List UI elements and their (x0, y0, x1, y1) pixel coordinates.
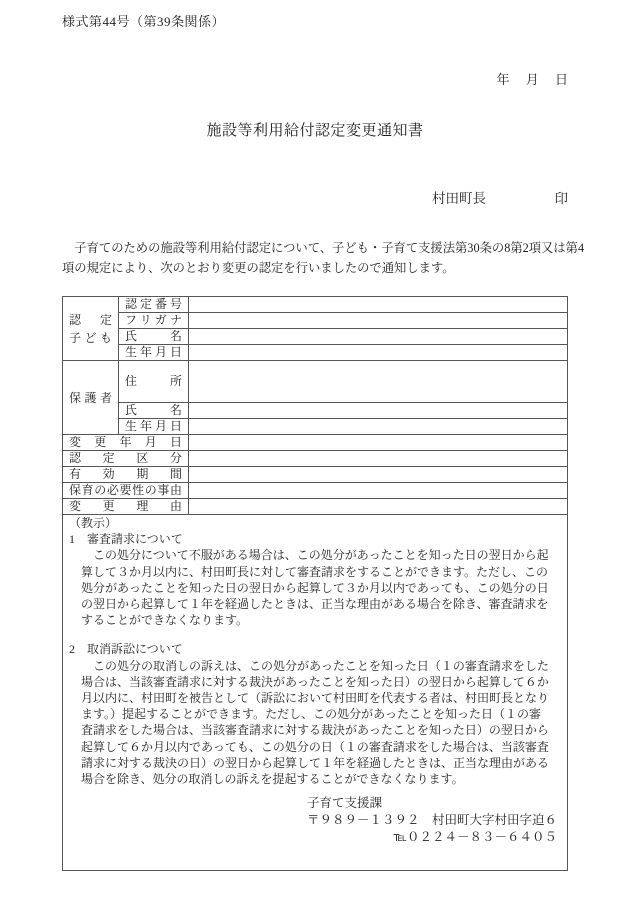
contact-department: 子育て支援課 (307, 795, 557, 812)
label-change-date: 変更年月日 (63, 435, 189, 451)
page: { "header": { "form_number": "様式第44号（第39… (0, 0, 630, 903)
table-row: 保護者 住所 (63, 361, 568, 403)
label-change-reason: 変更理由 (63, 499, 189, 515)
value-certification-category (189, 451, 568, 467)
label-name-child: 氏名 (119, 329, 189, 345)
form-number: 様式第44号（第39条関係） (62, 15, 568, 29)
label-address-guardian: 住所 (119, 361, 189, 403)
label-birthdate-child: 生年月日 (119, 345, 189, 361)
table-row: 認定 子ども 認定番号 (63, 297, 568, 313)
label-certification-category: 認定区分 (63, 451, 189, 467)
table-row: 認定区分 (63, 451, 568, 467)
child-group-label: 認定 子ども (63, 297, 119, 361)
notice-lawsuit-section: 2 取消訴訟について この処分の取消しの訴えは、この処分があったことを知った日（… (69, 641, 561, 787)
value-validity-period (189, 467, 568, 483)
mayor-name: 村田町長 (432, 191, 486, 206)
seal-placeholder: 印 (555, 191, 569, 206)
table-row: フリガナ (63, 313, 568, 329)
table-row: 変更年月日 (63, 435, 568, 451)
table-row: 生年月日 (63, 419, 568, 435)
value-birthdate-child (189, 345, 568, 361)
notice-cell: （教示） 1 審査請求について この処分について不服がある場合は、この処分があっ… (63, 515, 568, 871)
table-row: 氏名 (63, 329, 568, 345)
contact-tel: ℡０２２４－８３－６４０５ (307, 829, 557, 846)
value-name-child (189, 329, 568, 345)
table-row: 変更理由 (63, 499, 568, 515)
guardian-group-label: 保護者 (63, 361, 119, 435)
label-certification-number: 認定番号 (119, 297, 189, 313)
value-childcare-necessity-reason (189, 483, 568, 499)
notice-appeal-section: 1 審査請求について この処分について不服がある場合は、この処分があったことを知… (69, 531, 561, 628)
table-row: 保育の必要性の事由 (63, 483, 568, 499)
value-furigana-child (189, 313, 568, 329)
contact-block: 子育て支援課 〒９８９－１３９２ 村田町大字村田字迫６ ℡０２２４－８３－６４０… (307, 795, 557, 846)
label-validity-period: 有効期間 (63, 467, 189, 483)
table-row: 生年月日 (63, 345, 568, 361)
notice-heading: （教示） (69, 515, 561, 531)
certification-table: 認定 子ども 認定番号 フリガナ 氏名 生年月日 保護者 住所 (62, 296, 568, 871)
table-row: 氏名 (63, 403, 568, 419)
issuer-line: 村田町長 印 (432, 191, 568, 206)
document-sheet: 様式第44号（第39条関係） 年 月 日 施設等利用給付認定変更通知書 村田町長… (0, 0, 630, 871)
label-name-guardian: 氏名 (119, 403, 189, 419)
value-name-guardian (189, 403, 568, 419)
value-birthdate-guardian (189, 419, 568, 435)
label-childcare-necessity-reason: 保育の必要性の事由 (63, 483, 189, 499)
intro-paragraph: 子育てのための施設等利用給付認定について、子ども・子育て支援法第30条の8第2項… (62, 238, 568, 278)
value-change-reason (189, 499, 568, 515)
contact-postal-address: 〒９８９－１３９２ 村田町大字村田字迫６ (307, 812, 557, 829)
label-birthdate-guardian: 生年月日 (119, 419, 189, 435)
table-row: 有効期間 (63, 467, 568, 483)
document-title: 施設等利用給付認定変更通知書 (62, 123, 568, 139)
issue-date-line: 年 月 日 (62, 73, 568, 87)
value-certification-number (189, 297, 568, 313)
value-address-guardian (189, 361, 568, 403)
value-change-date (189, 435, 568, 451)
label-furigana-child: フリガナ (119, 313, 189, 329)
table-row: （教示） 1 審査請求について この処分について不服がある場合は、この処分があっ… (63, 515, 568, 871)
